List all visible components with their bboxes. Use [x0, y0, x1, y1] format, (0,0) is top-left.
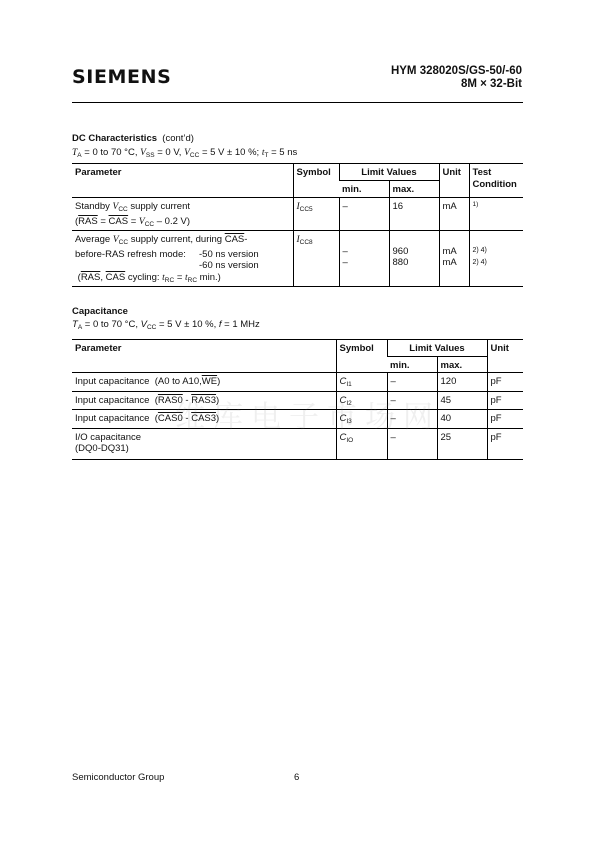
test-cell: 1)	[469, 198, 523, 231]
max-cell: 120	[437, 373, 487, 392]
watermark: 维库电子市场网	[175, 392, 441, 436]
header-rule	[72, 102, 523, 103]
header-min: min.	[339, 181, 389, 198]
symbol-cell: CI1	[336, 373, 387, 392]
param-cell: Standby VCC supply current (RAS = CAS = …	[72, 198, 293, 231]
header-parameter: Parameter	[72, 164, 293, 198]
symbol-cell: ICC5	[293, 198, 339, 231]
unit-cell: pF	[487, 428, 523, 459]
page-number: 6	[294, 772, 299, 783]
capacitance-conditions: TA = 0 to 70 °C, VCC = 5 V ± 10 %, f = 1…	[72, 319, 260, 331]
header-symbol: Symbol	[336, 340, 387, 373]
param-cell: Input capacitance (A0 to A10,WE)	[72, 373, 336, 392]
table-row: Average VCC supply current, during CAS- …	[72, 231, 523, 287]
unit-cell: pF	[487, 391, 523, 410]
table-row: Standby VCC supply current (RAS = CAS = …	[72, 198, 523, 231]
unit-cell: pF	[487, 373, 523, 392]
max-cell: 960880	[389, 231, 439, 287]
table-row: Input capacitance (A0 to A10,WE) CI1 – 1…	[72, 373, 523, 392]
min-cell: –	[387, 373, 437, 392]
dc-conditions: TA = 0 to 70 °C, VSS = 0 V, VCC = 5 V ± …	[72, 147, 297, 159]
dc-section-title: DC Characteristics (cont’d)	[72, 133, 194, 144]
capacitance-section-title: Capacitance	[72, 306, 128, 317]
min-cell: –	[339, 198, 389, 231]
max-cell: 25	[437, 428, 487, 459]
part-organization: 8M × 32-Bit	[391, 78, 522, 91]
header-max: max.	[389, 181, 439, 198]
header-unit: Unit	[439, 164, 469, 198]
brand-logo: SIEMENS	[72, 66, 171, 88]
unit-cell: mAmA	[439, 231, 469, 287]
symbol-cell: ICC8	[293, 231, 339, 287]
max-cell: 45	[437, 391, 487, 410]
part-header: HYM 328020S/GS-50/-60 8M × 32-Bit	[391, 65, 522, 91]
max-cell: 16	[389, 198, 439, 231]
header-limit-values: Limit Values	[387, 340, 487, 357]
header-test-condition: Test Condition	[469, 164, 523, 198]
test-cell: 2) 4)2) 4)	[469, 231, 523, 287]
unit-cell: mA	[439, 198, 469, 231]
dc-characteristics-table: Parameter Symbol Limit Values Unit Test …	[72, 163, 523, 287]
part-number: HYM 328020S/GS-50/-60	[391, 65, 522, 78]
max-cell: 40	[437, 410, 487, 429]
header-min: min.	[387, 357, 437, 373]
unit-cell: pF	[487, 410, 523, 429]
param-cell: Average VCC supply current, during CAS- …	[72, 231, 293, 287]
header-symbol: Symbol	[293, 164, 339, 198]
header-parameter: Parameter	[72, 340, 336, 373]
footer-left: Semiconductor Group	[72, 772, 164, 783]
header-unit: Unit	[487, 340, 523, 373]
header-limit-values: Limit Values	[339, 164, 439, 181]
min-cell: ––	[339, 231, 389, 287]
header-max: max.	[437, 357, 487, 373]
